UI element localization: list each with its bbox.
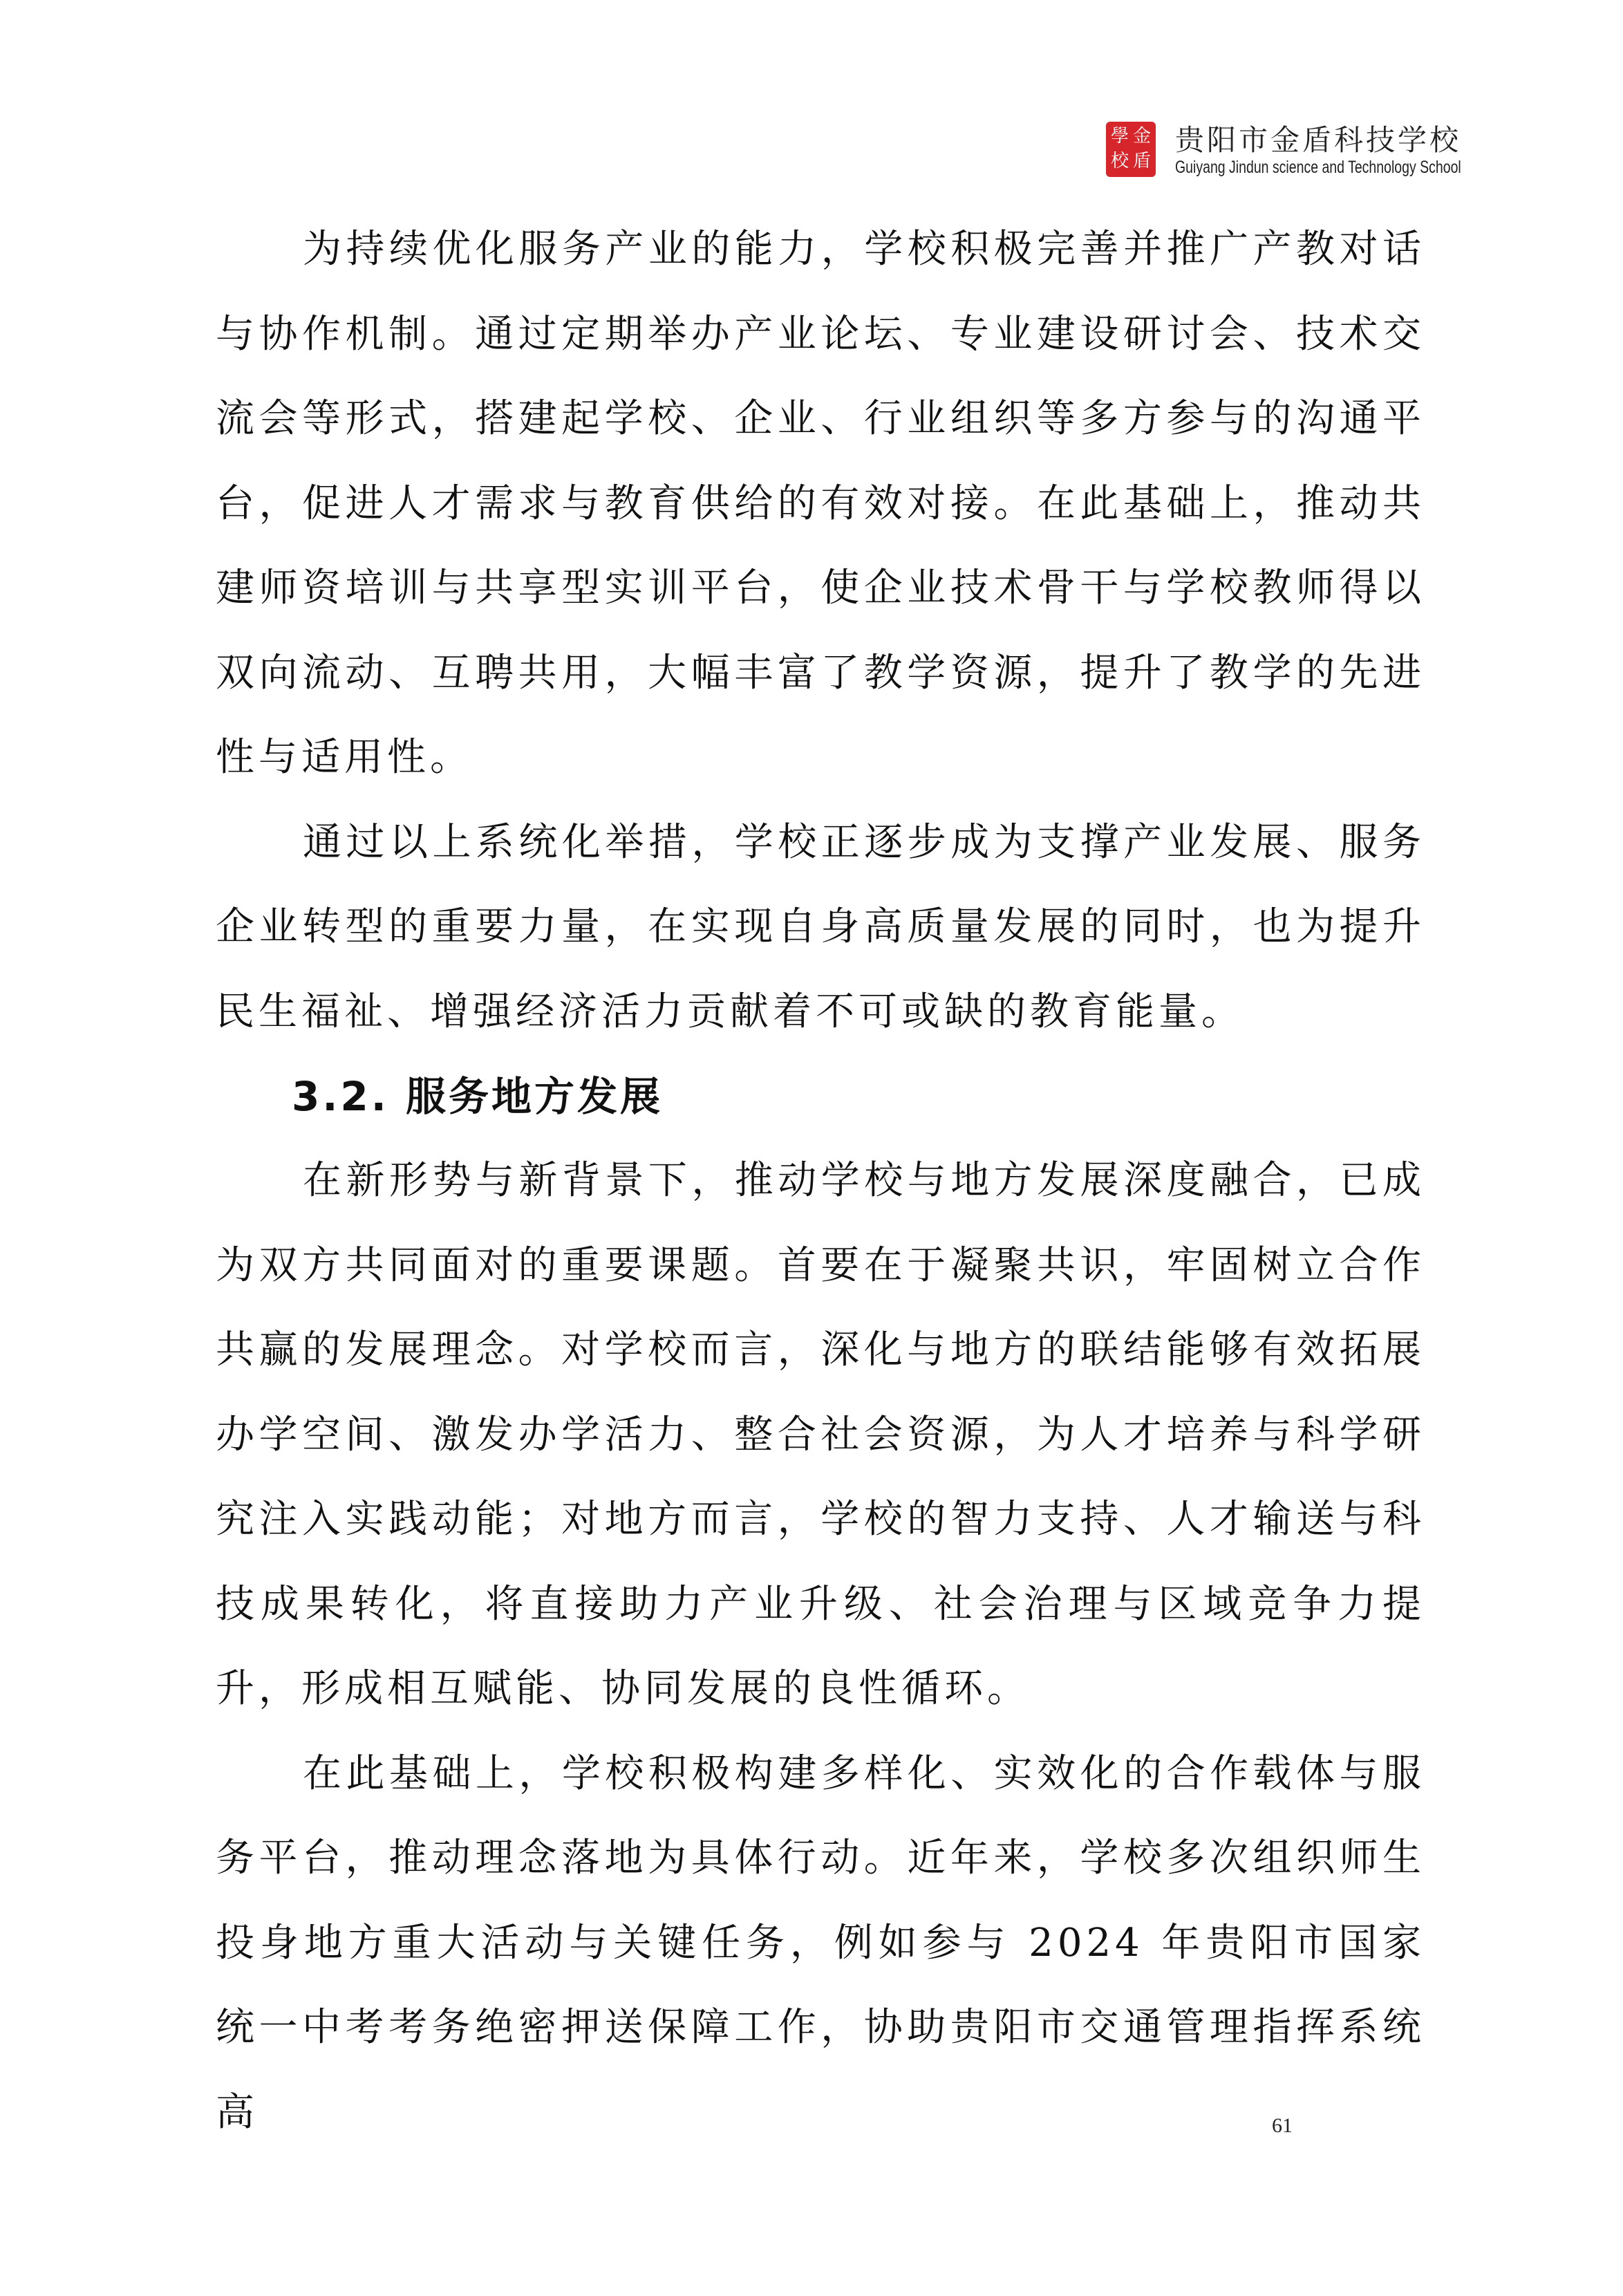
seal-char: 盾 [1131,149,1153,174]
school-seal-logo: 學 金 校 盾 [1106,122,1156,177]
seal-char: 校 [1109,149,1131,174]
school-header: 學 金 校 盾 贵阳市金盾科技学校 Guiyang Jindun science… [1106,118,1465,194]
school-name-chinese: 贵阳市金盾科技学校 [1175,118,1461,159]
page-number: 61 [1272,2114,1293,2138]
paragraph: 在此基础上，学校积极构建多样化、实效化的合作载体与服务平台，推动理念落地为具体行… [216,1732,1425,2156]
seal-char: 學 [1109,124,1131,149]
section-heading: 3.2. 服务地方发展 [216,1054,1425,1139]
paragraph: 通过以上系统化举措，学校正逐步成为支撑产业发展、服务企业转型的重要力量，在实现自… [216,801,1425,1055]
school-name-english: Guiyang Jindun science and Technology Sc… [1175,158,1461,178]
document-body: 为持续优化服务产业的能力，学校积极完善并推广产教对话与协作机制。通过定期举办产业… [216,207,1425,2155]
paragraph: 在新形势与新背景下，推动学校与地方发展深度融合，已成为双方共同面对的重要课题。首… [216,1139,1425,1732]
paragraph: 为持续优化服务产业的能力，学校积极完善并推广产教对话与协作机制。通过定期举办产业… [216,207,1425,801]
seal-char: 金 [1131,124,1153,149]
